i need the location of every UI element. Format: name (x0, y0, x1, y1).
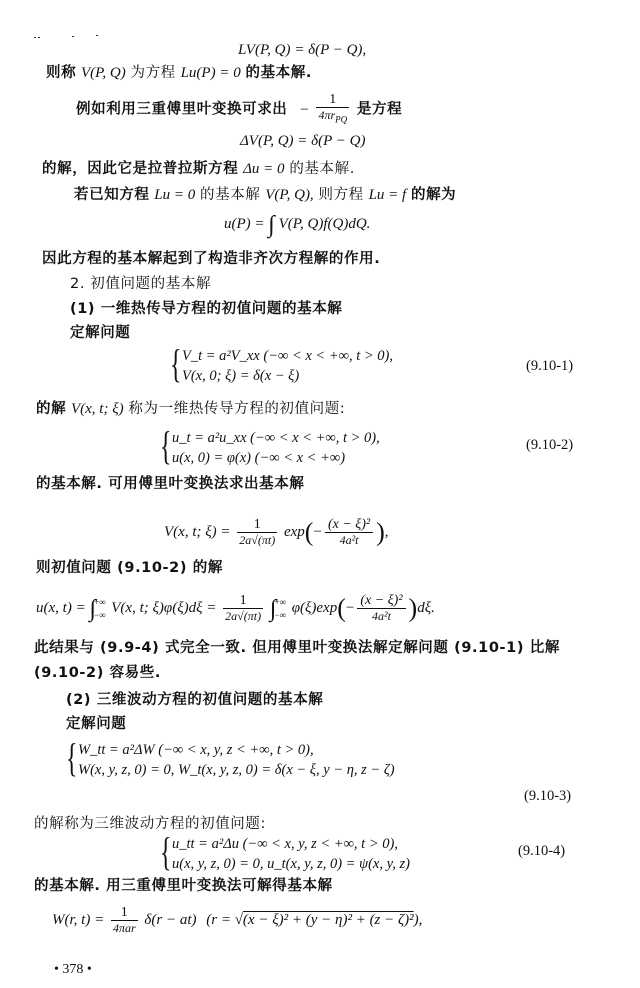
subscript: PQ (335, 114, 347, 124)
fraction-numerator: (x − ξ)² (325, 517, 373, 533)
equation-rhs: V(P, Q)f(Q)dQ. (279, 216, 371, 232)
integral-sign: ∫ (89, 589, 96, 629)
equation-lv-text: LV(P, Q) = δ(P − Q), (238, 42, 366, 58)
math-inline: Lu(P) = 0 (181, 65, 241, 81)
fraction-denominator: 4πr (318, 108, 335, 122)
text: 为方程 (130, 65, 175, 81)
equation-lhs: W(r, t) = (52, 912, 104, 928)
text: 的解为 (411, 187, 456, 203)
fraction-numerator: 1 (223, 593, 263, 609)
system-line: V(x, 0; ξ) = δ(x − ξ) (182, 366, 393, 386)
text: 的解 (36, 401, 66, 417)
fraction-numerator: 1 (111, 905, 138, 921)
paragraph-known-solution: 若已知方程 Lu = 0 的基本解 V(P, Q), 则方程 Lu = f 的解… (74, 184, 456, 205)
text: 定解问题 (70, 325, 130, 341)
fraction-numerator: 1 (316, 92, 349, 108)
exp-function: exp (284, 524, 305, 540)
text: 的解，因此它是拉普拉斯方程 (42, 161, 238, 177)
paragraph-wave-solution: 的解称为三维波动方程的初值问题: (34, 814, 266, 834)
integral-sign: ∫ (268, 215, 275, 235)
math-inline: V(x, t; ξ) (71, 401, 124, 417)
label-definite-problem-2: 定解问题 (66, 714, 126, 734)
paragraph-wave-fourier: 的基本解. 用三重傅里叶变换法可解得基本解 (34, 876, 333, 896)
section-heading-2: 2. 初值问题的基本解 (70, 274, 211, 294)
equation-convolution-solution: u(x, t) = ∫+∞−∞ V(x, t; ξ)φ(ξ)dξ = 1 2a√… (36, 588, 435, 628)
equation-lhs: V(x, t; ξ) = (164, 524, 231, 540)
paragraph-comparison-line1: 此结果与 (9.9-4) 式完全一致. 但用傅里叶变换法解定解问题 (9.10-… (34, 638, 560, 658)
text: (9.10-2) 容易些. (34, 665, 161, 681)
text: 此结果与 (9.9-4) 式完全一致. 但用傅里叶变换法解定解问题 (9.10-… (34, 640, 560, 656)
system-line: u(x, 0) = φ(x) (−∞ < x < +∞) (172, 448, 380, 468)
subsection-heading-1: (1) 一维热传导方程的初值问题的基本解 (70, 299, 342, 319)
fraction: 1 2a√(πt) (223, 593, 263, 624)
text: 的基本解. (245, 65, 312, 81)
left-brace: { (160, 426, 172, 466)
integral-sign: ∫ (270, 589, 277, 629)
math-inline: Δu = 0 (243, 161, 284, 177)
system-line: W_tt = a²ΔW (−∞ < x, y, z < +∞, t > 0), (78, 740, 395, 760)
equation-number: (9.10-3) (524, 788, 571, 805)
equation-rhs: φ(ξ)exp (292, 600, 338, 616)
text: 的基本解 (200, 187, 260, 203)
math-inline: Lu = 0 (154, 187, 195, 203)
fraction: (x − ξ)² 4a²t (357, 593, 405, 624)
text: 例如利用三重傅里叶变换可求出 (76, 102, 287, 118)
equation-lhs: u(x, t) = (36, 600, 86, 616)
scan-speck (38, 37, 40, 38)
equation-heat-kernel: V(x, t; ξ) = 1 2a√(πt) exp(− (x − ξ)² 4a… (164, 512, 389, 552)
paragraph-laplace: 的解，因此它是拉普拉斯方程 Δu = 0 的基本解. (42, 158, 355, 179)
paragraph-example: 例如利用三重傅里叶变换可求出 − 1 4πrPQ 是方程 (76, 92, 402, 127)
system-line: V_t = a²V_xx (−∞ < x < +∞, t > 0), (182, 346, 393, 366)
heading-text: (1) 一维热传导方程的初值问题的基本解 (70, 301, 342, 317)
condition-prefix: (r = √ (206, 912, 243, 928)
equation-integral-solution: u(P) = ∫ V(P, Q)f(Q)dQ. (224, 214, 370, 235)
equation-middle: δ(r − at) (144, 912, 196, 928)
equation-end: dξ. (417, 600, 435, 616)
equation-number: (9.10-1) (526, 358, 573, 375)
paragraph-comparison-line2: (9.10-2) 容易些. (34, 663, 161, 683)
math-inline: V(P, Q) (81, 65, 126, 81)
fraction: 1 2a√(πt) (237, 517, 277, 548)
left-brace: { (160, 832, 172, 872)
fraction-numerator: (x − ξ)² (357, 593, 405, 609)
fraction-denominator: 4a²t (357, 609, 405, 624)
fraction-denominator: 4πar (111, 921, 138, 936)
text: 的解称为三维波动方程的初值问题: (34, 816, 266, 832)
paragraph-conclusion: 因此方程的基本解起到了构造非齐次方程解的作用. (42, 249, 380, 269)
math-minus: − (300, 102, 308, 118)
paragraph-fourier-method: 的基本解. 可用傅里叶变换法求出基本解 (36, 474, 304, 494)
equation-number: (9.10-2) (526, 437, 573, 454)
paragraph-heat-solution: 的解 V(x, t; ξ) 称为一维热传导方程的初值问题: (36, 398, 345, 419)
system-line: u_t = a²u_xx (−∞ < x < +∞, t > 0), (172, 428, 380, 448)
subsection-heading-2: (2) 三维波动方程的初值问题的基本解 (66, 690, 323, 710)
text: 的基本解. 用三重傅里叶变换法可解得基本解 (34, 878, 333, 894)
page-number: • 378 • (54, 962, 92, 978)
paragraph-initial-value-solution: 则初值问题 (9.10-2) 的解 (36, 558, 223, 578)
system-line: W(x, y, z, 0) = 0, W_t(x, y, z, 0) = δ(x… (78, 760, 395, 780)
fraction-denominator: 4a²t (325, 533, 373, 548)
text: 则初值问题 (9.10-2) 的解 (36, 560, 223, 576)
system-line: u_tt = a²Δu (−∞ < x, y, z < +∞, t > 0), (172, 834, 410, 854)
equation-middle: V(x, t; ξ)φ(ξ)dξ = (111, 600, 216, 616)
text: 称为一维热传导方程的初值问题: (128, 401, 345, 417)
text: 的基本解. (289, 161, 355, 177)
label-definite-problem-1: 定解问题 (70, 323, 130, 343)
fraction: (x − ξ)² 4a²t (325, 517, 373, 548)
heading-text: 2. 初值问题的基本解 (70, 276, 211, 292)
paragraph-definition: 则称 V(P, Q) 为方程 Lu(P) = 0 的基本解. (46, 62, 312, 83)
fraction: 1 4πrPQ (316, 92, 349, 127)
equation-laplace-delta: ΔV(P, Q) = δ(P − Q) (240, 131, 365, 151)
left-brace: { (66, 738, 78, 778)
equation-wave-kernel: W(r, t) = 1 4πar δ(r − at) (r = √(x − ξ)… (52, 900, 422, 940)
fraction-denominator: 2a√(πt) (237, 533, 277, 548)
equation-lv: LV(P, Q) = δ(P − Q), (238, 40, 366, 60)
radicand: (x − ξ)² + (y − η)² + (z − ζ)² (243, 912, 414, 928)
text: 因此方程的基本解起到了构造非齐次方程解的作用. (42, 251, 380, 267)
fraction: 1 4πar (111, 905, 138, 936)
left-brace: { (170, 344, 182, 384)
scan-speck (34, 37, 36, 38)
text: 的基本解. 可用傅里叶变换法求出基本解 (36, 476, 304, 492)
text: 则称 (46, 65, 76, 81)
equation-lhs: u(P) = (224, 216, 268, 232)
text: 则方程 (318, 187, 363, 203)
equation-text: ΔV(P, Q) = δ(P − Q) (240, 133, 365, 149)
text: 是方程 (357, 102, 402, 118)
heading-text: (2) 三维波动方程的初值问题的基本解 (66, 692, 323, 708)
scan-speck (72, 36, 74, 37)
condition-suffix: ), (414, 912, 423, 928)
text: 定解问题 (66, 716, 126, 732)
math-inline: Lu = f (369, 187, 407, 203)
system-line: u(x, y, z, 0) = 0, u_t(x, y, z, 0) = ψ(x… (172, 854, 410, 874)
math-inline: V(P, Q), (265, 187, 313, 203)
fraction-denominator: 2a√(πt) (223, 609, 263, 624)
equation-number: (9.10-4) (518, 843, 565, 860)
scan-speck (96, 35, 98, 36)
text: 若已知方程 (74, 187, 150, 203)
fraction-numerator: 1 (237, 517, 277, 533)
